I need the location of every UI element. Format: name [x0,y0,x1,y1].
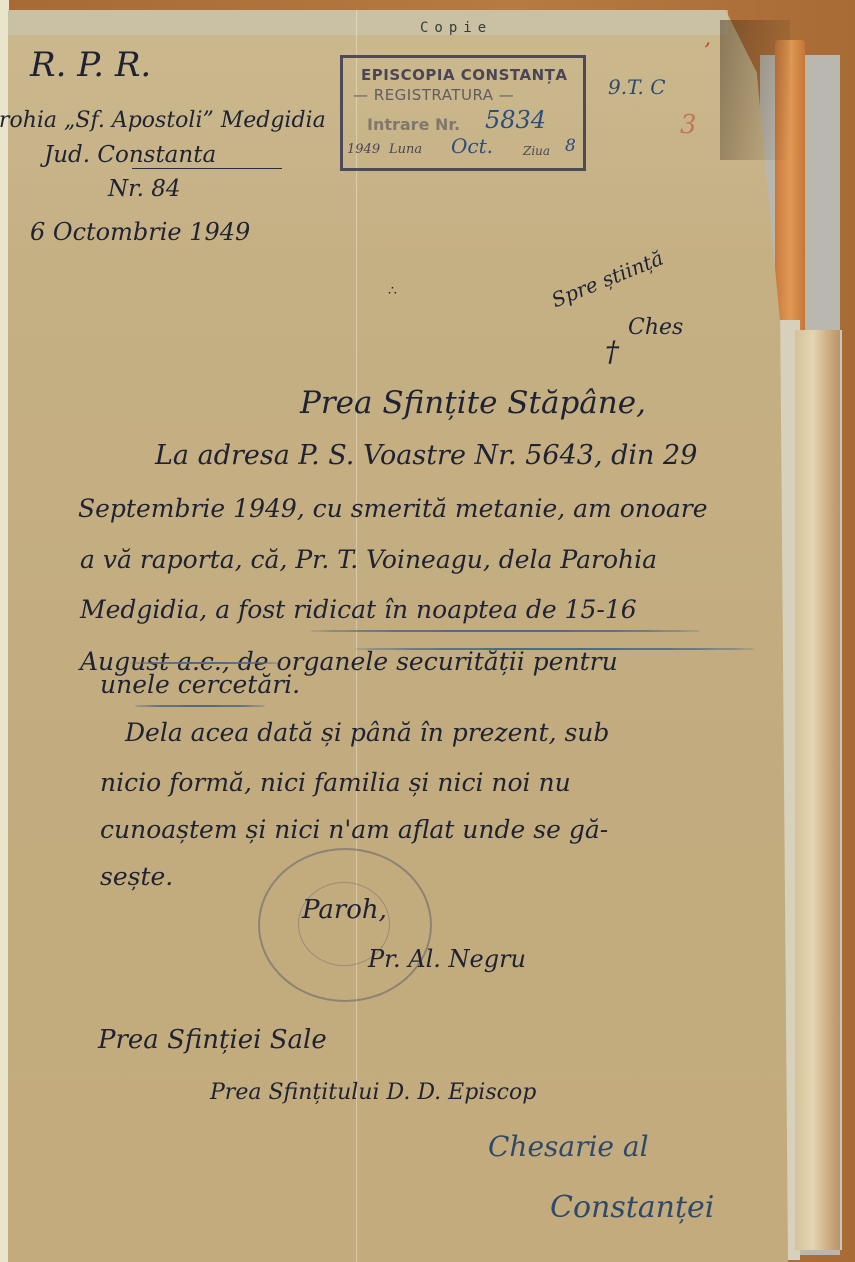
red-pencil-mark: 3 [680,110,697,140]
body-line-6: unele cercetări. [100,670,300,699]
underline-night [310,630,700,632]
document-number: Nr. 84 [108,176,180,202]
underline-securitate [355,648,755,650]
body-line-10: sește. [100,862,173,891]
corner-shadow [720,20,790,160]
stamp-year: 1949 [347,142,380,157]
stamp-entry-number: 5834 [485,106,546,134]
red-tick-mark: , [705,30,711,49]
addressee-line-2: Prea Sfințitului D. D. Episcop [210,1080,536,1105]
frayed-page-edges [795,330,842,1250]
left-margin-strip [0,0,9,1262]
underline-august [130,662,280,664]
addressee-line-4: Constanței [550,1190,714,1225]
state-heading: R. P. R. [30,45,151,85]
body-line-4: Medgidia, a fost ridicat în noaptea de 1… [80,595,637,624]
stamp-month-label: Luna [389,142,422,157]
body-line-8: nicio formă, nici familia și nici noi nu [100,768,571,797]
typed-header: Copie [420,20,492,36]
stamp-line-registry: — REGISTRATURA — [353,86,514,104]
stamp-line-bishopric: EPISCOPIA CONSTANȚA [361,66,567,84]
county-underline [132,168,282,169]
parish-seal [258,848,432,1002]
salutation: Prea Sfințite Stăpâne, [300,385,646,421]
fold-crease [356,10,357,1262]
top-paper-band [8,10,728,35]
body-line-1: La adresa P. S. Voastre Nr. 5643, din 29 [155,440,697,471]
resolution-note-line2: Ches [628,315,683,340]
body-line-3: a vă raporta, că, Pr. T. Voineagu, dela … [80,545,657,574]
county-line: Jud. Constanta [44,142,216,168]
margin-code-note: 9.T. C [608,75,666,99]
cross-mark: † [605,335,619,368]
stamp-day-value: 8 [565,136,576,156]
body-line-2: Septembrie 1949, cu smerită metanie, am … [78,494,708,523]
signature-name: Pr. Al. Negru [368,945,526,973]
document-date: 6 Octombrie 1949 [30,218,250,246]
signature-title: Paroh, [302,895,387,925]
stamp-entry-label: Intrare Nr. [367,115,460,134]
underline-cercetari [135,705,265,707]
body-line-9: cunoaștem și nici n'am aflat unde se gă- [100,815,608,844]
stamp-day-label: Ziua [523,144,550,158]
parish-name: Parohia „Sf. Apostoli” Medgidia [0,108,326,133]
body-line-7: Dela acea dată și până în prezent, sub [125,718,609,747]
addressee-line-1: Prea Sfinției Sale [98,1025,327,1055]
addressee-line-3: Chesarie al [488,1130,649,1163]
ink-dots: ∴ [388,283,397,299]
registry-stamp: EPISCOPIA CONSTANȚA — REGISTRATURA — Int… [340,55,586,171]
stamp-month-value: Oct. [451,134,493,158]
